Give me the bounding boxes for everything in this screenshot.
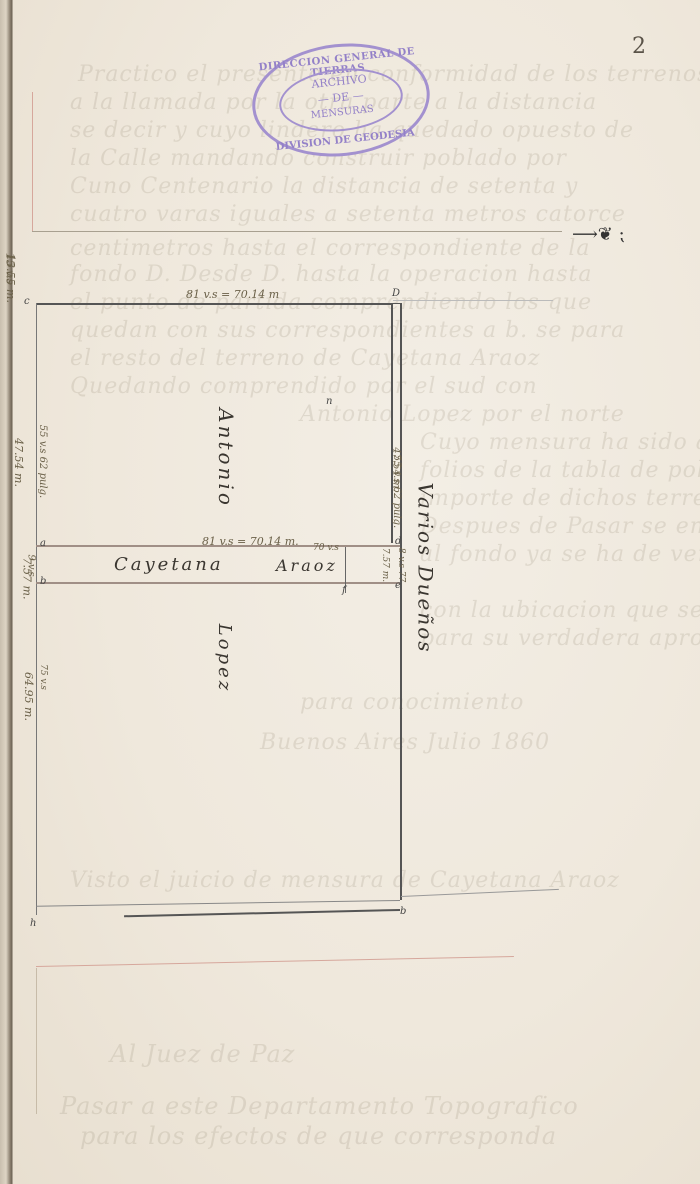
point-label: b — [400, 906, 406, 917]
left-bottom-measurement-m: 64.95 m. — [22, 672, 35, 721]
owner-label-antonio: Antonio — [214, 408, 238, 508]
left-mid-measurement: 55 v.s 62 pulg. — [37, 425, 48, 498]
faded-line: para su verdadera aprobacion — [420, 626, 700, 651]
faded-line: Buenos Aires Julio 1860 — [260, 730, 550, 755]
point-label: b — [40, 576, 46, 587]
faded-line: con la ubicacion que se encuentra — [420, 598, 700, 623]
plan-right-edge — [400, 303, 402, 900]
faded-line: fondo D. Desde D. hasta la operacion has… — [70, 262, 593, 287]
right-strip-measurement: 8 v.s 77 — [396, 548, 406, 582]
faded-line: al fondo ya se ha de ver lo demas — [420, 542, 700, 567]
margin-rule-vertical — [32, 92, 33, 232]
faded-line: Despues de Pasar se encuentra en — [420, 514, 700, 539]
right-mid-measurement: 55 v.s 62 pulg. — [391, 455, 402, 528]
faded-line: Pasar a este Departamento Topografico — [60, 1092, 579, 1120]
point-label: h — [30, 918, 36, 929]
owner-label-cayetana: Cayetana — [114, 554, 224, 575]
faded-line: el resto del terreno de Cayetana Araoz — [70, 346, 541, 371]
page-number: 2 — [632, 34, 646, 59]
owner-label-araoz: Araoz — [276, 556, 338, 575]
point-label: a — [40, 538, 46, 549]
faded-line: folios de la tabla de poblacion — [420, 458, 700, 483]
faded-line: para los efectos de que corresponda — [80, 1122, 557, 1150]
plan-top-right-joint — [391, 303, 401, 304]
owner-label-lopez: Lopez — [214, 624, 235, 693]
faded-line: importe de dichos terrenos — [420, 486, 700, 511]
faded-line: Al Juez de Paz — [110, 1040, 295, 1068]
faded-line: quedan con sus correspondientes a b. se … — [70, 318, 625, 343]
point-label: d — [395, 536, 401, 547]
plan-top-extension — [393, 300, 553, 301]
left-mid-measurement-m: 47.54 m. — [12, 438, 25, 487]
faded-line: Quedando comprendido por el sud con — [70, 374, 538, 399]
point-label: c — [24, 296, 30, 307]
right-strip-measurement-m: 7.57 m. — [380, 548, 390, 582]
left-strip-measurement-m: 7.57 m. — [20, 558, 33, 600]
top-measurement: 81 v.s = 70.14 m — [186, 288, 279, 301]
faded-line: para conocimiento — [300, 690, 524, 715]
faded-line: Cuno Centenario la distancia de setenta … — [70, 174, 578, 199]
faded-line: Cuyo mensura ha sido aprobada — [420, 430, 700, 455]
margin-rule-horizontal — [32, 231, 562, 232]
left-top-measurement-m: 13.55 m. — [4, 254, 17, 303]
plan-top-edge — [36, 303, 392, 305]
point-label: D — [392, 288, 400, 299]
faded-line: cuatro varas iguales a setenta metros ca… — [70, 202, 626, 227]
owner-label-varios-duenos: Varios Dueños — [414, 482, 438, 653]
plan-left-edge — [36, 303, 37, 915]
lower-margin-rule-vertical — [36, 968, 37, 1114]
point-label: n — [326, 396, 332, 407]
left-bottom-measurement: 75 v.s — [38, 664, 48, 690]
flourish-ornament-icon: ⟶❦ ⁏ — [572, 224, 625, 245]
book-binding — [0, 0, 13, 1184]
point-label: f — [342, 585, 346, 596]
strip-right-measurement: 70 v.s — [313, 543, 339, 553]
strip-measurement: 81 v.s = 70.14 m. — [202, 535, 299, 548]
faded-line: Antonio Lopez por el norte — [300, 402, 625, 427]
faded-line: centimetros hasta el correspondiente de … — [70, 236, 591, 261]
